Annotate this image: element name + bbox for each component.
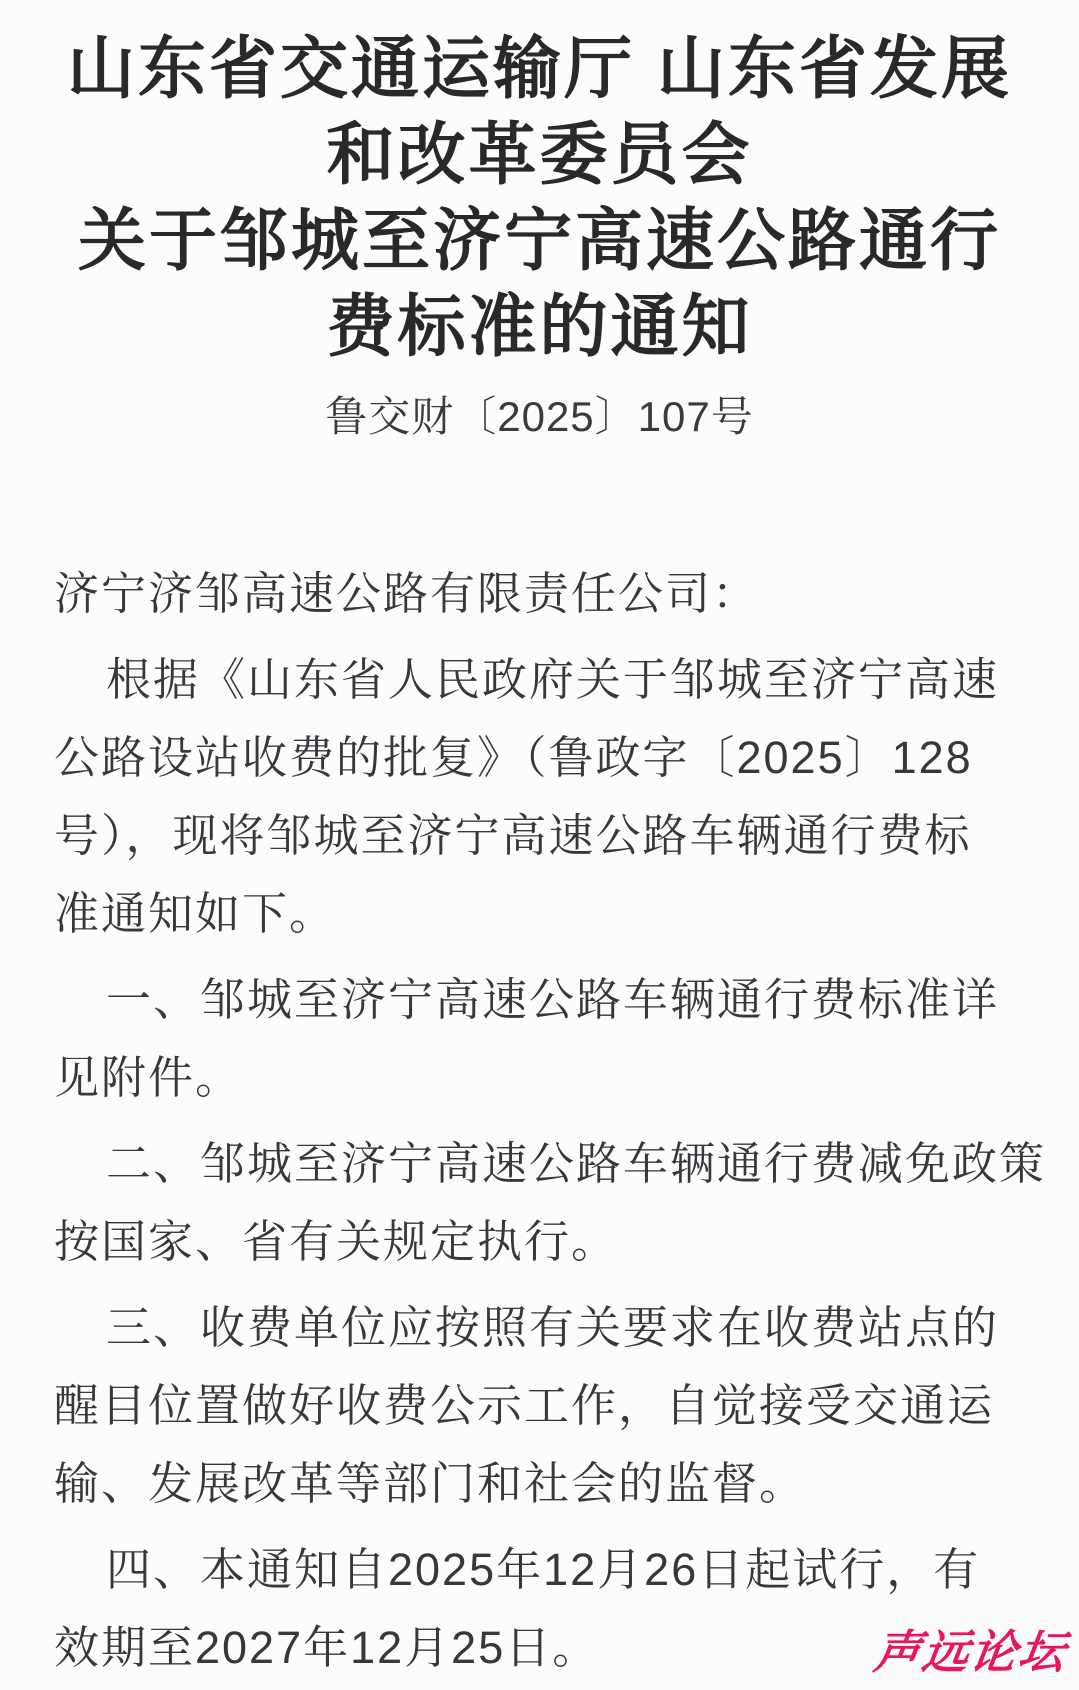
title-line-1: 山东省交通运输厅 山东省发展 — [0, 26, 1079, 112]
document-number: 鲁交财〔2025〕107号 — [0, 386, 1079, 448]
paragraph-3: 二、邹城至济宁高速公路车辆通行费减免政策 按国家、省有关规定执行。 — [54, 1125, 1059, 1281]
paragraph-line: 公路设站收费的批复》（鲁政字〔2025〕128 — [54, 719, 1059, 797]
notice-title: 山东省交通运输厅 山东省发展 和改革委员会 关于邹城至济宁高速公路通行 费标准的… — [0, 0, 1079, 370]
paragraph-2: 一、邹城至济宁高速公路车辆通行费标准详 见附件。 — [54, 961, 1059, 1117]
notice-body: 济宁济邹高速公路有限责任公司： 根据《山东省人民政府关于邹城至济宁高速 公路设站… — [54, 555, 1059, 1687]
paragraph-4: 三、收费单位应按照有关要求在收费站点的 醒目位置做好收费公示工作，自觉接受交通运… — [54, 1289, 1059, 1523]
paragraph-line: 根据《山东省人民政府关于邹城至济宁高速 — [54, 641, 1059, 719]
title-line-3: 关于邹城至济宁高速公路通行 — [0, 198, 1079, 284]
paragraph-line: 输、发展改革等部门和社会的监督。 — [54, 1445, 1059, 1523]
paragraph-1: 根据《山东省人民政府关于邹城至济宁高速 公路设站收费的批复》（鲁政字〔2025〕… — [54, 641, 1059, 953]
paragraph-line: 号），现将邹城至济宁高速公路车辆通行费标 — [54, 797, 1059, 875]
forum-watermark: 声远论坛 — [870, 1616, 1071, 1682]
paragraph-line: 四、本通知自2025年12月26日起试行，有 — [54, 1531, 1059, 1609]
title-line-2: 和改革委员会 — [0, 112, 1079, 198]
paragraph-line: 醒目位置做好收费公示工作，自觉接受交通运 — [54, 1367, 1059, 1445]
paragraph-line: 按国家、省有关规定执行。 — [54, 1203, 1059, 1281]
notice-page: 山东省交通运输厅 山东省发展 和改革委员会 关于邹城至济宁高速公路通行 费标准的… — [0, 0, 1079, 1690]
salutation-line: 济宁济邹高速公路有限责任公司： — [54, 555, 1059, 633]
paragraph-line: 三、收费单位应按照有关要求在收费站点的 — [54, 1289, 1059, 1367]
paragraph-line: 一、邹城至济宁高速公路车辆通行费标准详 — [54, 961, 1059, 1039]
paragraph-line: 准通知如下。 — [54, 875, 1059, 953]
paragraph-line: 二、邹城至济宁高速公路车辆通行费减免政策 — [54, 1125, 1059, 1203]
paragraph-line: 见附件。 — [54, 1039, 1059, 1117]
title-line-4: 费标准的通知 — [0, 284, 1079, 370]
